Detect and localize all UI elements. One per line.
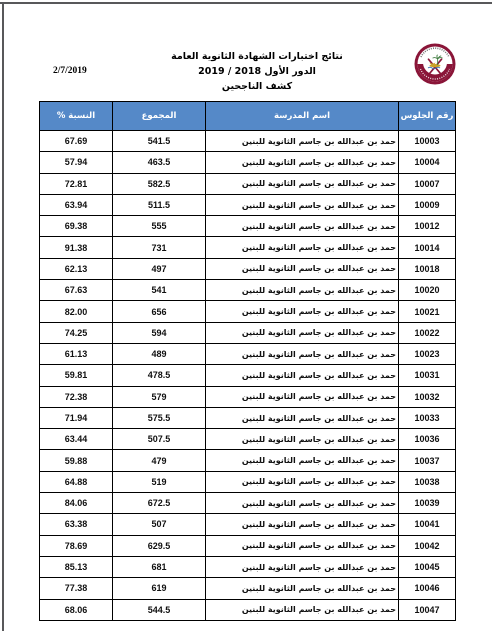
school-name-cell: حمد بن عبدالله بن جاسم الثانوية للبنين	[206, 514, 399, 535]
percentage-cell: 64.88	[40, 471, 113, 492]
seat-number-cell: 10041	[399, 514, 456, 535]
document-header: نتائج اختبارات الشهادة الثانوية العامة ا…	[148, 49, 366, 94]
seat-number-cell: 10004	[399, 152, 456, 173]
school-name-cell: حمد بن عبدالله بن جاسم الثانوية للبنين	[206, 471, 399, 492]
percentage-cell: 62.13	[40, 258, 113, 279]
school-name-cell: حمد بن عبدالله بن جاسم الثانوية للبنين	[206, 237, 399, 258]
results-table-body: 10003حمد بن عبدالله بن جاسم الثانوية للب…	[40, 131, 456, 621]
table-row: 10022حمد بن عبدالله بن جاسم الثانوية للب…	[40, 322, 456, 343]
school-name-cell: حمد بن عبدالله بن جاسم الثانوية للبنين	[206, 556, 399, 577]
seat-number-cell: 10023	[399, 343, 456, 364]
seat-number-cell: 10007	[399, 173, 456, 194]
table-row: 10046حمد بن عبدالله بن جاسم الثانوية للب…	[40, 578, 456, 599]
total-cell: 579	[113, 386, 206, 407]
qatar-emblem-icon	[414, 43, 456, 85]
percentage-cell: 84.06	[40, 493, 113, 514]
percentage-cell: 77.38	[40, 578, 113, 599]
table-row: 10009حمد بن عبدالله بن جاسم الثانوية للب…	[40, 194, 456, 215]
col-header-percentage: النسبة %	[40, 102, 113, 131]
col-header-school-name: اسم المدرسة	[206, 102, 399, 131]
total-cell: 629.5	[113, 535, 206, 556]
school-name-cell: حمد بن عبدالله بن جاسم الثانوية للبنين	[206, 194, 399, 215]
seat-number-cell: 10009	[399, 194, 456, 215]
school-name-cell: حمد بن عبدالله بن جاسم الثانوية للبنين	[206, 429, 399, 450]
table-row: 10003حمد بن عبدالله بن جاسم الثانوية للب…	[40, 131, 456, 152]
table-row: 10014حمد بن عبدالله بن جاسم الثانوية للب…	[40, 237, 456, 258]
total-cell: 594	[113, 322, 206, 343]
page-border-left	[2, 2, 4, 631]
table-row: 10042حمد بن عبدالله بن جاسم الثانوية للب…	[40, 535, 456, 556]
school-name-cell: حمد بن عبدالله بن جاسم الثانوية للبنين	[206, 131, 399, 152]
school-name-cell: حمد بن عبدالله بن جاسم الثانوية للبنين	[206, 343, 399, 364]
table-row: 10031حمد بن عبدالله بن جاسم الثانوية للب…	[40, 365, 456, 386]
seat-number-cell: 10036	[399, 429, 456, 450]
total-cell: 507	[113, 514, 206, 535]
school-name-cell: حمد بن عبدالله بن جاسم الثانوية للبنين	[206, 301, 399, 322]
table-row: 10033حمد بن عبدالله بن جاسم الثانوية للب…	[40, 407, 456, 428]
school-name-cell: حمد بن عبدالله بن جاسم الثانوية للبنين	[206, 322, 399, 343]
percentage-cell: 68.06	[40, 599, 113, 620]
school-name-cell: حمد بن عبدالله بن جاسم الثانوية للبنين	[206, 258, 399, 279]
title-line-2: الدور الأول 2018 / 2019	[148, 64, 366, 79]
total-cell: 463.5	[113, 152, 206, 173]
seat-number-cell: 10039	[399, 493, 456, 514]
table-row: 10047حمد بن عبدالله بن جاسم الثانوية للب…	[40, 599, 456, 620]
percentage-cell: 63.38	[40, 514, 113, 535]
table-row: 10037حمد بن عبدالله بن جاسم الثانوية للب…	[40, 450, 456, 471]
total-cell: 541	[113, 280, 206, 301]
seat-number-cell: 10031	[399, 365, 456, 386]
title-line-3: كشف الناجحين	[148, 79, 366, 94]
percentage-cell: 85.13	[40, 556, 113, 577]
table-row: 10020حمد بن عبدالله بن جاسم الثانوية للب…	[40, 280, 456, 301]
school-name-cell: حمد بن عبدالله بن جاسم الثانوية للبنين	[206, 599, 399, 620]
school-name-cell: حمد بن عبدالله بن جاسم الثانوية للبنين	[206, 450, 399, 471]
seat-number-cell: 10046	[399, 578, 456, 599]
table-row: 10007حمد بن عبدالله بن جاسم الثانوية للب…	[40, 173, 456, 194]
percentage-cell: 67.63	[40, 280, 113, 301]
percentage-cell: 63.94	[40, 194, 113, 215]
table-row: 10021حمد بن عبدالله بن جاسم الثانوية للب…	[40, 301, 456, 322]
seat-number-cell: 10042	[399, 535, 456, 556]
percentage-cell: 78.69	[40, 535, 113, 556]
title-line-1: نتائج اختبارات الشهادة الثانوية العامة	[148, 49, 366, 64]
page-border-top	[0, 2, 492, 4]
header-row: رقم الجلوس اسم المدرسة المجموع النسبة %	[40, 102, 456, 131]
total-cell: 619	[113, 578, 206, 599]
seat-number-cell: 10045	[399, 556, 456, 577]
seat-number-cell: 10047	[399, 599, 456, 620]
school-name-cell: حمد بن عبدالله بن جاسم الثانوية للبنين	[206, 386, 399, 407]
table-row: 10041حمد بن عبدالله بن جاسم الثانوية للب…	[40, 514, 456, 535]
total-cell: 519	[113, 471, 206, 492]
percentage-cell: 72.38	[40, 386, 113, 407]
seat-number-cell: 10003	[399, 131, 456, 152]
total-cell: 555	[113, 216, 206, 237]
percentage-cell: 72.81	[40, 173, 113, 194]
table-row: 10045حمد بن عبدالله بن جاسم الثانوية للب…	[40, 556, 456, 577]
col-header-seat-number: رقم الجلوس	[399, 102, 456, 131]
table-row: 10038حمد بن عبدالله بن جاسم الثانوية للب…	[40, 471, 456, 492]
total-cell: 681	[113, 556, 206, 577]
seat-number-cell: 10032	[399, 386, 456, 407]
total-cell: 479	[113, 450, 206, 471]
seat-number-cell: 10012	[399, 216, 456, 237]
table-row: 10023حمد بن عبدالله بن جاسم الثانوية للب…	[40, 343, 456, 364]
table-row: 10036حمد بن عبدالله بن جاسم الثانوية للب…	[40, 429, 456, 450]
school-name-cell: حمد بن عبدالله بن جاسم الثانوية للبنين	[206, 173, 399, 194]
total-cell: 541.5	[113, 131, 206, 152]
total-cell: 544.5	[113, 599, 206, 620]
school-name-cell: حمد بن عبدالله بن جاسم الثانوية للبنين	[206, 578, 399, 599]
percentage-cell: 69.38	[40, 216, 113, 237]
percentage-cell: 91.38	[40, 237, 113, 258]
seat-number-cell: 10014	[399, 237, 456, 258]
seat-number-cell: 10021	[399, 301, 456, 322]
school-name-cell: حمد بن عبدالله بن جاسم الثانوية للبنين	[206, 152, 399, 173]
total-cell: 582.5	[113, 173, 206, 194]
school-name-cell: حمد بن عبدالله بن جاسم الثانوية للبنين	[206, 493, 399, 514]
percentage-cell: 67.69	[40, 131, 113, 152]
percentage-cell: 74.25	[40, 322, 113, 343]
total-cell: 478.5	[113, 365, 206, 386]
percentage-cell: 57.94	[40, 152, 113, 173]
percentage-cell: 61.13	[40, 343, 113, 364]
table-row: 10018حمد بن عبدالله بن جاسم الثانوية للب…	[40, 258, 456, 279]
school-name-cell: حمد بن عبدالله بن جاسم الثانوية للبنين	[206, 216, 399, 237]
total-cell: 672.5	[113, 493, 206, 514]
table-row: 10004حمد بن عبدالله بن جاسم الثانوية للب…	[40, 152, 456, 173]
report-date: 2/7/2019	[53, 66, 87, 76]
qatar-emblem-logo	[414, 43, 456, 85]
total-cell: 489	[113, 343, 206, 364]
seat-number-cell: 10038	[399, 471, 456, 492]
seat-number-cell: 10020	[399, 280, 456, 301]
total-cell: 656	[113, 301, 206, 322]
school-name-cell: حمد بن عبدالله بن جاسم الثانوية للبنين	[206, 407, 399, 428]
seat-number-cell: 10018	[399, 258, 456, 279]
total-cell: 497	[113, 258, 206, 279]
seat-number-cell: 10033	[399, 407, 456, 428]
school-name-cell: حمد بن عبدالله بن جاسم الثانوية للبنين	[206, 280, 399, 301]
percentage-cell: 71.94	[40, 407, 113, 428]
total-cell: 731	[113, 237, 206, 258]
table-row: 10032حمد بن عبدالله بن جاسم الثانوية للب…	[40, 386, 456, 407]
col-header-total: المجموع	[113, 102, 206, 131]
table-row: 10039حمد بن عبدالله بن جاسم الثانوية للب…	[40, 493, 456, 514]
percentage-cell: 82.00	[40, 301, 113, 322]
results-table: رقم الجلوس اسم المدرسة المجموع النسبة % …	[39, 101, 456, 621]
results-table-header: رقم الجلوس اسم المدرسة المجموع النسبة %	[40, 102, 456, 131]
table-row: 10012حمد بن عبدالله بن جاسم الثانوية للب…	[40, 216, 456, 237]
seat-number-cell: 10037	[399, 450, 456, 471]
percentage-cell: 63.44	[40, 429, 113, 450]
seat-number-cell: 10022	[399, 322, 456, 343]
total-cell: 507.5	[113, 429, 206, 450]
total-cell: 575.5	[113, 407, 206, 428]
percentage-cell: 59.81	[40, 365, 113, 386]
total-cell: 511.5	[113, 194, 206, 215]
school-name-cell: حمد بن عبدالله بن جاسم الثانوية للبنين	[206, 535, 399, 556]
percentage-cell: 59.88	[40, 450, 113, 471]
school-name-cell: حمد بن عبدالله بن جاسم الثانوية للبنين	[206, 365, 399, 386]
